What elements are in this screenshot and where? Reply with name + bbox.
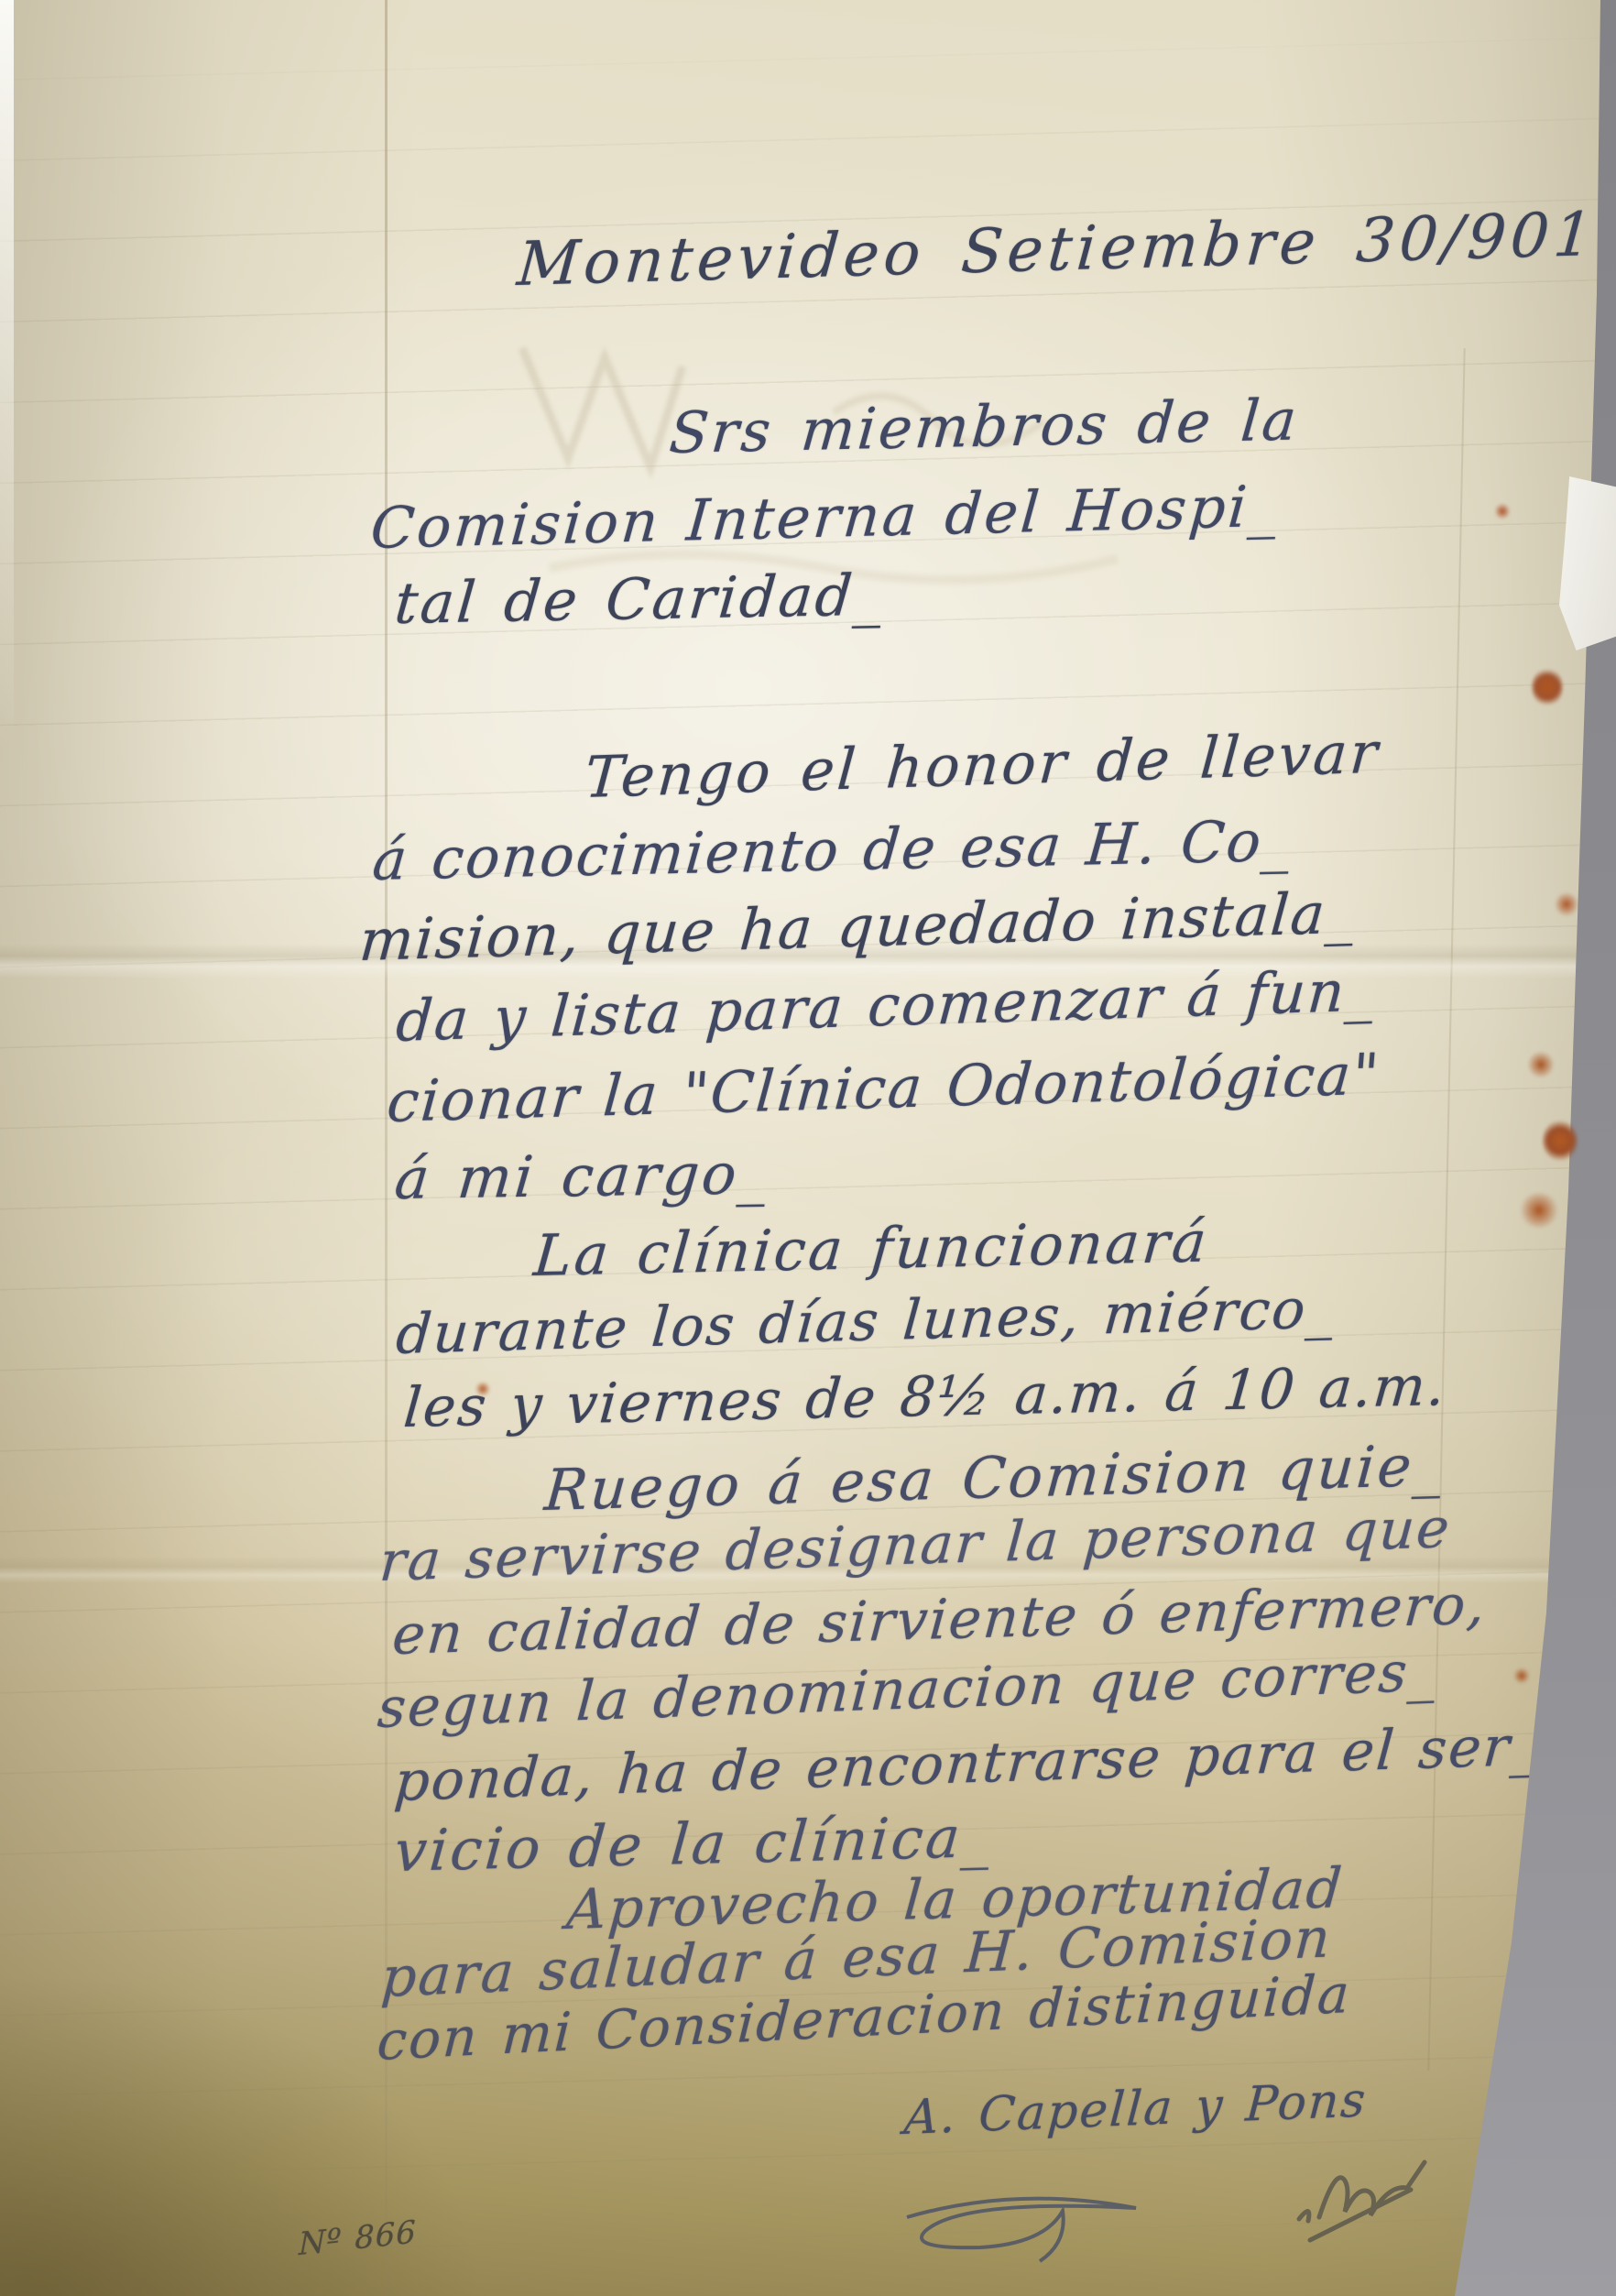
body-line: cionar la "Clínica Odontológica" <box>385 1041 1383 1135</box>
document-photo: Montevideo Setiembre 30/901Srs miembros … <box>0 0 1616 2296</box>
salutation-line: tal de Caridad_ <box>392 562 889 637</box>
body-line: á mi cargo_ <box>392 1140 773 1212</box>
body-line: durante los días lunes, miérco_ <box>394 1276 1338 1367</box>
registry-number: Nº 866 <box>299 2214 417 2263</box>
letter-page: Montevideo Setiembre 30/901Srs miembros … <box>0 0 1616 2296</box>
salutation-line: Srs miembros de la <box>667 386 1302 466</box>
body-line: mision, que ha quedado instala_ <box>357 879 1359 974</box>
body-line: La clínica funcionará <box>531 1208 1212 1289</box>
body-line: da y lista para comenzar á fun_ <box>394 957 1379 1055</box>
photo-edge-highlight <box>0 0 14 751</box>
faint-margin-line <box>1427 348 1465 2071</box>
date-line: Montevideo Setiembre 30/901 <box>515 199 1600 300</box>
rubric-mark <box>1283 2153 1438 2254</box>
salutation-line: Comision Interna del Hospi_ <box>368 473 1283 562</box>
body-line: Tengo el honor de llevar <box>583 719 1382 811</box>
body-line: á conocimiento de esa H. Co_ <box>370 807 1295 893</box>
body-line: les y viernes de 8½ a.m. á 10 a.m. <box>401 1354 1449 1440</box>
signature: A. Capella y Pons <box>902 2072 1369 2146</box>
torn-paper-fragment <box>1559 476 1616 651</box>
signature-flourish <box>852 2162 1237 2272</box>
